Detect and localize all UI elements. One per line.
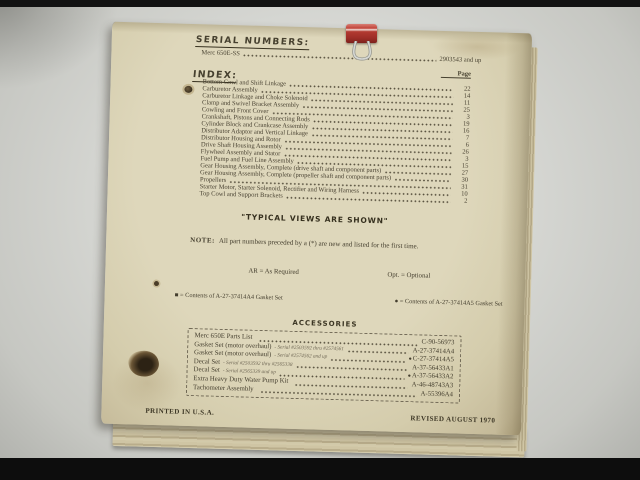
accessory-detail: - Serial #2565339 and up — [223, 368, 276, 375]
page-column-header: Page — [441, 70, 471, 79]
gasket-legend-row: ■ = Contents of A-27-37414A4 Gasket Set … — [175, 292, 503, 308]
accessory-part-number: C-90-56973 — [422, 338, 455, 346]
index-entry-label: Top Cowl and Support Brackets — [199, 190, 282, 199]
accessory-label: Decal Set — [194, 358, 220, 366]
accessory-label: Decal Set — [193, 367, 219, 375]
legend-dot-item: ● = Contents of A-27-37414A5 Gasket Set — [394, 298, 502, 308]
photo-top-border — [0, 0, 640, 7]
note-row: NOTE:All part numbers preceded by a (*) … — [190, 236, 520, 253]
accessory-detail: - Serial #2503592 thru #2565338 — [223, 360, 293, 368]
accessory-label: Gasket Set (motor overhaul) — [194, 341, 271, 350]
note-text: All part numbers preceded by a (*) are n… — [219, 237, 419, 251]
accessory-part-number: A-27-37414A4 — [413, 347, 455, 355]
index-list: Bottom Cowl and Shift Linkage 22 Carbure… — [199, 78, 470, 204]
legend-square-item: ■ = Contents of A-27-37414A4 Gasket Set — [175, 292, 283, 302]
accessory-part-number: A-37-56433A2 — [412, 373, 454, 381]
note-label: NOTE: — [190, 236, 215, 245]
document-page: SERIAL NUMBERS: Merc 650E-SS 2903543 and… — [101, 22, 532, 436]
dot-leader — [286, 197, 451, 204]
dot-leader — [243, 54, 437, 61]
ar-definition: AR = As Required — [248, 268, 299, 276]
accessory-label: Gasket Set (motor overhaul) — [194, 349, 271, 358]
accessory-part-number: C-27-37414A5 — [413, 355, 454, 363]
photo-background: SERIAL NUMBERS: Merc 650E-SS 2903543 and… — [0, 0, 640, 480]
index-entry-page: 2 — [453, 197, 467, 204]
accessory-detail: - Serial #2574562 and up — [274, 353, 327, 360]
binder-clip — [346, 12, 378, 64]
accessories-box: Merc 650E Parts List C-90-56973 Gasket S… — [186, 328, 462, 404]
abbreviations-row: AR = As Required Opt. = Optional — [248, 268, 430, 280]
dot-leader — [259, 391, 416, 397]
footer-row: PRINTED IN U.S.A. REVISED AUGUST 1970 — [145, 407, 495, 425]
accessory-marker: ● — [408, 356, 411, 362]
binder-clip-wire-icon — [349, 41, 375, 65]
opt-definition: Opt. = Optional — [387, 272, 430, 280]
serial-model: Merc 650E-SS — [201, 49, 240, 57]
punch-hole-top — [184, 86, 192, 93]
serial-numbers-heading: SERIAL NUMBERS: — [195, 35, 310, 50]
accessory-label: Merc 650E Parts List — [194, 332, 252, 341]
typical-views-quote: "TYPICAL VIEWS ARE SHOWN" — [165, 210, 465, 227]
serial-value: 2903543 and up — [439, 56, 481, 64]
photo-bottom-border — [0, 458, 640, 480]
accessory-detail: - Serial #2503592 thru #2574561 — [274, 344, 344, 352]
printed-in-usa: PRINTED IN U.S.A. — [145, 407, 214, 417]
accessory-part-number: A-37-56433A1 — [412, 364, 454, 372]
paper-stack: SERIAL NUMBERS: Merc 650E-SS 2903543 and… — [101, 22, 532, 436]
accessory-part-number: A-55396A4 — [420, 390, 453, 398]
accessory-label: Tachometer Assembly — [193, 384, 254, 393]
photo-corner-shadow — [0, 0, 120, 90]
revised-date: REVISED AUGUST 1970 — [410, 414, 495, 424]
punch-hole-middle — [154, 281, 159, 286]
accessory-part-number: A-46-48743A3 — [412, 381, 454, 389]
accessory-marker: ● — [408, 373, 411, 379]
